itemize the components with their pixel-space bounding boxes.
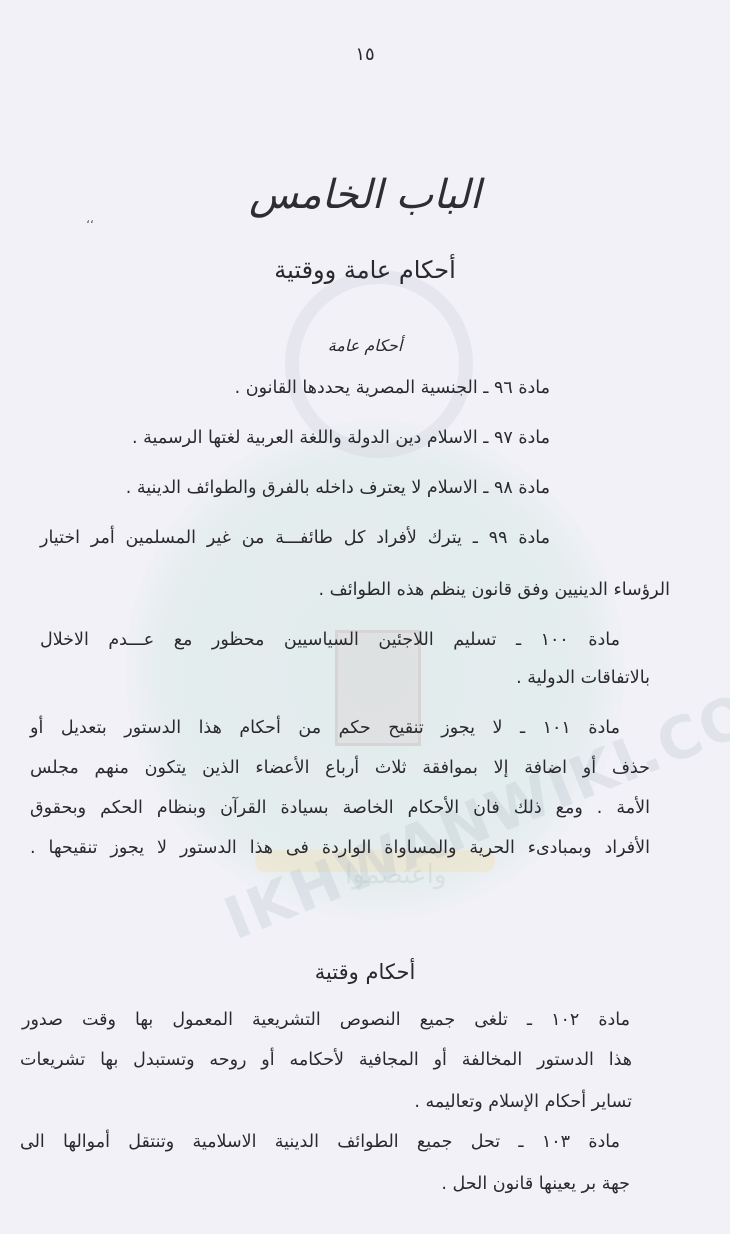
article-100-line-1: مادة ١٠٠ ـ تسليم اللاجئين السياسيين محظو…	[40, 632, 620, 650]
article-103-line-2: جهة بر يعينها قانون الحل .	[441, 1176, 630, 1194]
page-number: ١٥	[0, 44, 730, 65]
article-99-line-1: مادة ٩٩ ـ يترك لأفراد كل طائفـــة من غير…	[40, 530, 550, 548]
article-100-line-2: بالاتفاقات الدولية .	[516, 670, 650, 688]
chapter-title: الباب الخامس	[0, 172, 730, 218]
page-content: ١٥ ،، الباب الخامس أحكام عامة ووقتية أحك…	[0, 0, 730, 1234]
article-97-line: مادة ٩٧ ـ الاسلام دين الدولة واللغة العر…	[132, 430, 550, 448]
article-102-line-3: تساير أحكام الإسلام وتعاليمه .	[414, 1094, 632, 1112]
article-102-line-2: هذا الدستور المخالفة أو المجافية لأحكامه…	[20, 1052, 632, 1070]
subsection-title-general: أحكام عامة	[0, 336, 730, 355]
article-103-line-1: مادة ١٠٣ ـ تحل جميع الطوائف الدينية الاس…	[20, 1134, 620, 1152]
article-101-line-1: مادة ١٠١ ـ لا يجوز تنقيح حكم من أحكام هذ…	[30, 720, 620, 738]
article-102-line-1: مادة ١٠٢ ـ تلغى جميع النصوص التشريعية ال…	[22, 1012, 630, 1030]
article-101-line-4: الأفراد وبمبادىء الحرية والمساواة الوارد…	[30, 840, 650, 858]
section-title: أحكام عامة ووقتية	[0, 256, 730, 284]
article-101-line-2: حذف أو اضافة إلا بموافقة ثلاث أرباع الأع…	[30, 760, 650, 778]
article-96-line: مادة ٩٦ ـ الجنسية المصرية يحددها القانون…	[235, 380, 550, 398]
subsection-title-temporary: أحكام وقتية	[0, 960, 730, 984]
article-99-line-2: الرؤساء الدينيين وفق قانون ينظم هذه الطو…	[319, 582, 671, 600]
article-98-line: مادة ٩٨ ـ الاسلام لا يعترف داخله بالفرق …	[126, 480, 550, 498]
article-101-line-3: الأمة . ومع ذلك فان الأحكام الخاصة بسياد…	[30, 800, 650, 818]
document-page: واعتصموا IKHWANWIKI.COM ١٥ ،، الباب الخا…	[0, 0, 730, 1234]
